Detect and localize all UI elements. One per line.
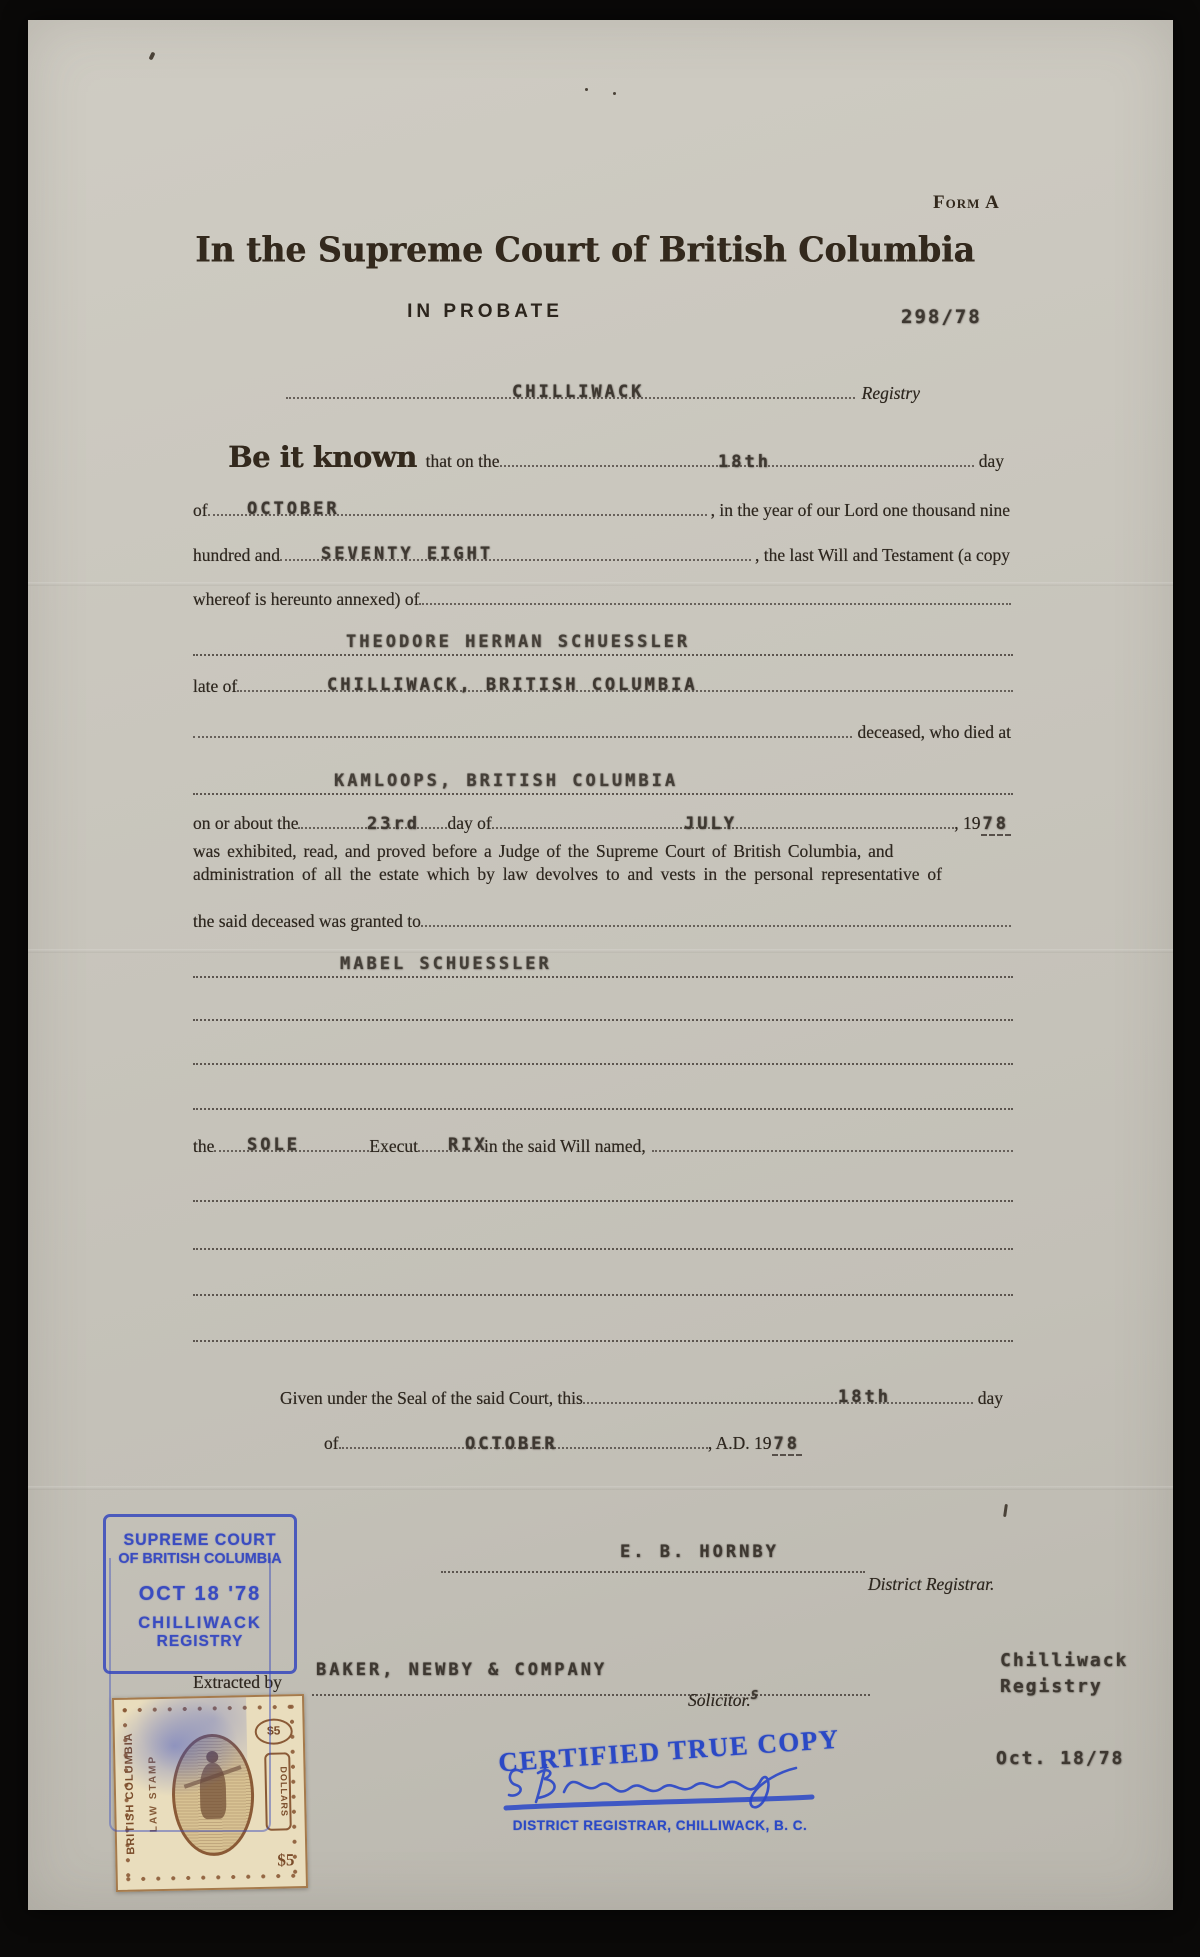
paper-crease <box>28 582 1173 586</box>
day-label: day <box>974 451 1004 472</box>
certification-date: Oct. 18/78 <box>996 1748 1124 1769</box>
dotted-line <box>193 733 852 738</box>
blank-dotted-line <box>193 1011 1013 1021</box>
ink-speck <box>613 92 616 95</box>
seal-day-label: day <box>973 1388 1003 1409</box>
executrix-row: the Execut in the said Will named, SOLE … <box>193 1136 1013 1157</box>
solicitor-suffix: S <box>751 1688 758 1702</box>
district-registrar-stamp: DISTRICT REGISTRAR, CHILLIWACK, B. C. <box>505 1818 815 1833</box>
solicitor-word: Solicitor. <box>688 1690 751 1710</box>
sole-value: SOLE <box>247 1135 300 1155</box>
seal-month-value: OCTOBER <box>465 1434 558 1454</box>
deceased-name: THEODORE HERMAN SCHUESSLER <box>346 632 690 652</box>
probate-heading: IN PROBATE <box>185 301 785 323</box>
registry-value: CHILLIWACK <box>512 382 644 402</box>
month-row: of , in the year of our Lord one thousan… <box>193 500 1010 521</box>
whereof-row: whereof is hereunto annexed) of <box>193 589 1011 610</box>
granted-to-text: the said deceased was granted to <box>193 911 421 932</box>
court-stamp-line1: SUPREME COURT <box>109 1531 291 1550</box>
the-label: the <box>193 1136 214 1157</box>
body-paragraph-line2: administration of all the estate which b… <box>193 864 942 885</box>
be-it-known-row: Be it known that on the day 18th <box>228 440 1004 474</box>
registry-label: Registry <box>855 383 920 404</box>
dotted-line <box>421 922 1011 927</box>
granted-to-row: the said deceased was granted to <box>193 911 1011 932</box>
seal-ad-label: , A.D. 19 <box>708 1433 772 1454</box>
solicitor-label: Solicitor.S <box>688 1688 758 1711</box>
registry-line-row: Registry CHILLIWACK <box>286 383 920 404</box>
law-stamp-ornament <box>121 1868 303 1887</box>
grantee-name: MABEL SCHUESSLER <box>340 954 552 974</box>
seal-of-label: of <box>324 1433 339 1454</box>
given-under-text: Given under the Seal of the said Court, … <box>280 1388 583 1409</box>
died-at-row: deceased, who died at <box>193 722 1011 743</box>
year-row: hundred and , the last Will and Testamen… <box>193 545 1010 566</box>
registry-right-line2: Registry <box>1000 1676 1103 1697</box>
death-date-row: on or about the day of , 19 78 23rd JULY <box>193 813 1011 836</box>
deceased-name-row: THEODORE HERMAN SCHUESSLER <box>193 628 1013 656</box>
seal-year-value: 78 <box>772 1434 802 1456</box>
seal-day-value: 18th <box>838 1387 891 1407</box>
dotted-line <box>583 1399 973 1404</box>
grantee-row: MABEL SCHUESSLER <box>193 950 1013 978</box>
court-stamp-ghost-impression <box>109 1558 271 1832</box>
grant-day: 18th <box>718 452 771 472</box>
on-or-about: on or about the <box>193 813 298 834</box>
will-phrase: , the last Will and Testament (a copy <box>751 545 1010 566</box>
execut-label: Execut <box>369 1136 418 1157</box>
registrar-signature-line <box>441 1563 865 1573</box>
day-of-label: day of <box>447 813 491 834</box>
died-at-text: deceased, who died at <box>852 722 1011 743</box>
law-stamp-denomination-bottom: $5 <box>277 1850 294 1870</box>
year-phrase: , in the year of our Lord one thousand n… <box>707 500 1010 521</box>
rix-value: RIX <box>448 1135 488 1155</box>
form-label: Form A <box>933 192 1000 214</box>
court-title: In the Supreme Court of British Columbia <box>185 229 985 270</box>
hundred-and: hundred and <box>193 545 280 566</box>
case-number: 298/78 <box>901 306 982 328</box>
residence-value: CHILLIWACK, BRITISH COLUMBIA <box>327 675 698 695</box>
seal-row: Given under the Seal of the said Court, … <box>280 1388 1003 1409</box>
death-day: 23rd <box>367 814 420 834</box>
dotted-line <box>419 600 1011 605</box>
paper-crease <box>28 1486 1173 1490</box>
whereof-text: whereof is hereunto annexed) of <box>193 589 419 610</box>
of-label: of <box>193 500 208 521</box>
death-place-row: KAMLOOPS, BRITISH COLUMBIA <box>193 767 1013 795</box>
death-month: JULY <box>684 814 737 834</box>
residence-row: late of CHILLIWACK, BRITISH COLUMBIA <box>193 676 1013 697</box>
comma-19: , 19 <box>954 813 980 834</box>
registry-right-line1: Chilliwack <box>1000 1650 1128 1671</box>
blank-dotted-line <box>193 1192 1013 1202</box>
dotted-line <box>652 1147 1013 1152</box>
registrar-signature <box>500 1752 820 1818</box>
grant-month: OCTOBER <box>247 499 340 519</box>
grant-year-words: SEVENTY EIGHT <box>321 544 493 564</box>
blank-dotted-line <box>193 1332 1013 1342</box>
death-year: 78 <box>981 814 1011 836</box>
body-paragraph-line1: was exhibited, read, and proved before a… <box>193 841 893 862</box>
be-it-known: Be it known <box>228 440 417 474</box>
that-on-the: that on the <box>417 451 500 472</box>
registrar-title: District Registrar. <box>868 1574 994 1595</box>
scanned-probate-document: Form A In the Supreme Court of British C… <box>0 0 1200 1957</box>
registrar-name: E. B. HORNBY <box>620 1542 779 1562</box>
will-named-text: in the said Will named, <box>480 1136 646 1157</box>
blank-dotted-line <box>193 1100 1013 1110</box>
ink-speck <box>585 88 588 91</box>
late-of-label: late of <box>193 676 237 697</box>
solicitor-firm: BAKER, NEWBY & COMPANY <box>316 1660 607 1680</box>
blank-dotted-line <box>193 1055 1013 1065</box>
solicitor-line <box>312 1686 870 1696</box>
death-place: KAMLOOPS, BRITISH COLUMBIA <box>334 771 678 791</box>
blank-dotted-line <box>193 1240 1013 1250</box>
seal-month-row: of , A.D. 19 78 OCTOBER <box>324 1433 802 1456</box>
blank-dotted-line <box>193 1286 1013 1296</box>
